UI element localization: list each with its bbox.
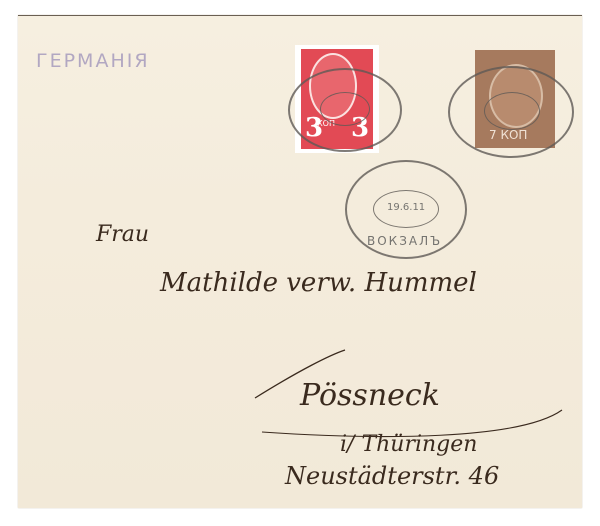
underline-flourishes xyxy=(0,0,600,526)
